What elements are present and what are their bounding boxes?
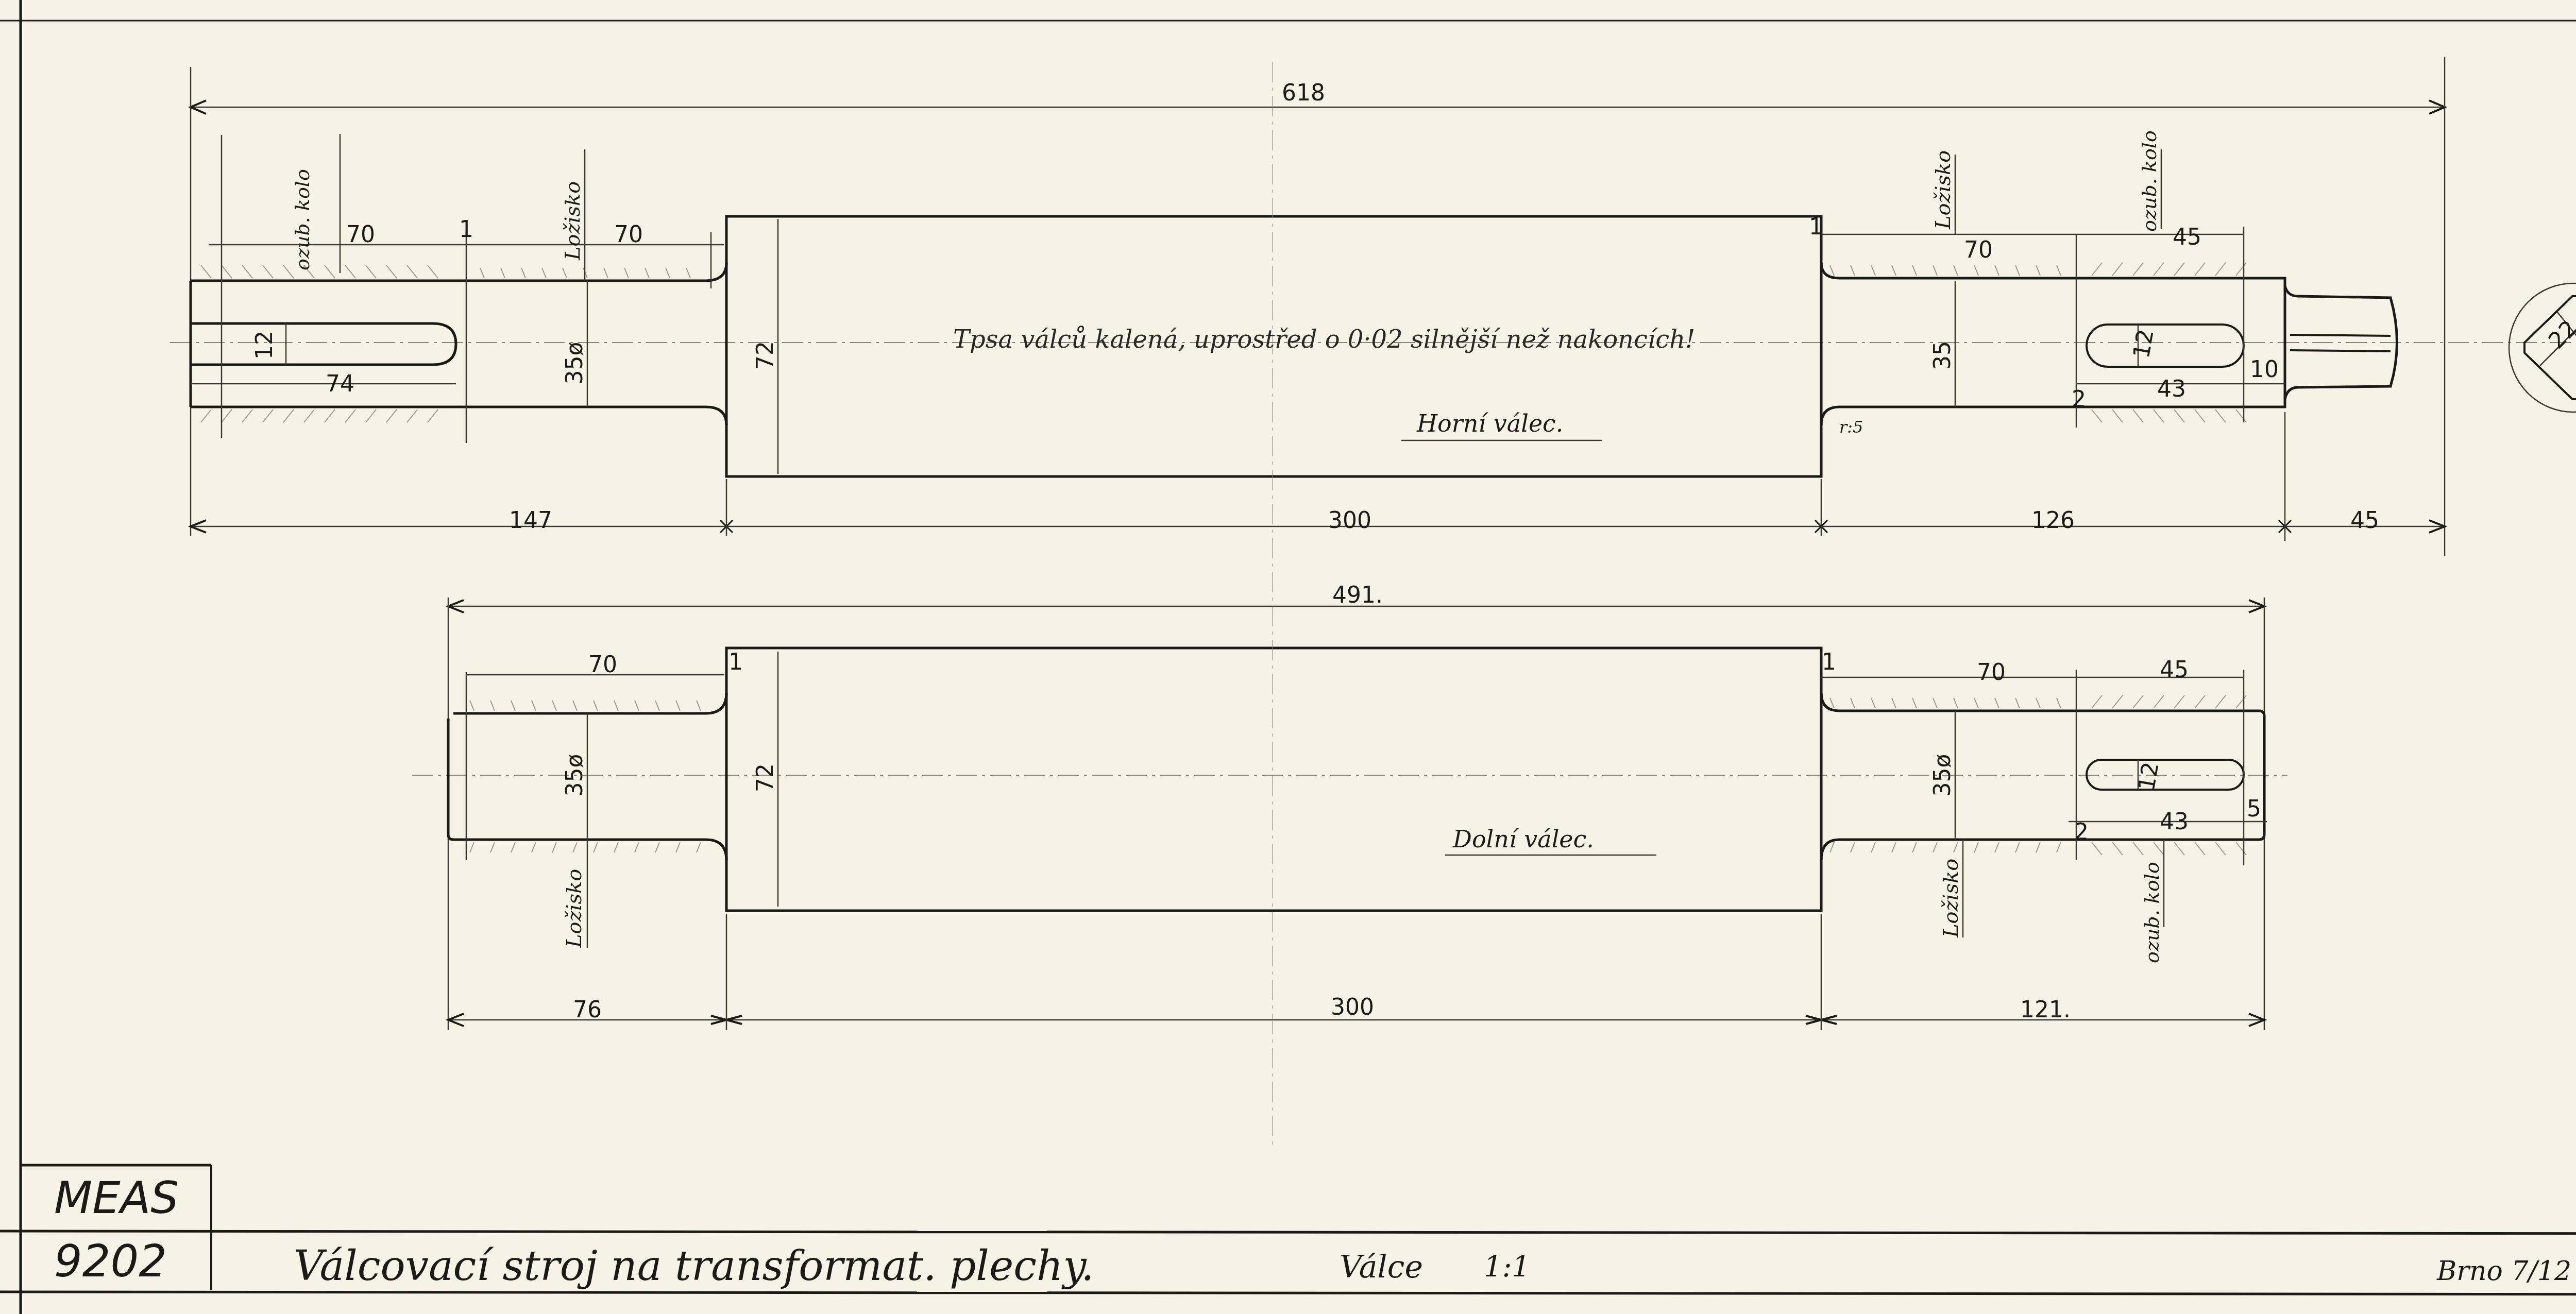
dim-70-left-bearing: 70 xyxy=(614,221,643,248)
lower-right-journal xyxy=(1821,693,2264,860)
label-gear-right: ozub. kolo xyxy=(2138,130,2161,232)
lower-roll-body xyxy=(726,648,1821,911)
upper-right-journal xyxy=(1821,263,2285,425)
dim-72-upper: 72 xyxy=(752,341,778,370)
dim-70-lower-right: 70 xyxy=(1977,659,2006,686)
dim-43-lower: 43 xyxy=(2160,809,2189,835)
dim-43-right: 43 xyxy=(2157,376,2186,402)
label-bearing-right: Ložisko xyxy=(1931,150,1955,230)
dim-45-end: 45 xyxy=(2350,507,2379,534)
label-bearing-left: Ložisko xyxy=(561,181,585,261)
dim-72-lower: 72 xyxy=(752,763,778,792)
dim-2-lower: 2 xyxy=(2074,819,2089,845)
dim-76: 76 xyxy=(573,997,602,1023)
dim-300-upper: 300 xyxy=(1328,507,1371,534)
dim-70-right-bearing: 70 xyxy=(1964,237,1993,263)
dim-2-right: 2 xyxy=(2072,386,2086,413)
dim-70-lower-left: 70 xyxy=(588,652,617,678)
label-upper-roll: Horní válec. xyxy=(1416,409,1564,437)
dim-22-a: 22 xyxy=(2544,315,2576,354)
lower-roll xyxy=(412,598,2287,1030)
dim-radius: r:5 xyxy=(1839,417,1863,437)
dim-300-lower: 300 xyxy=(1331,994,1374,1020)
dim-gap-lower-right: 1 xyxy=(1822,649,1836,675)
upper-right-keyway xyxy=(2087,325,2244,367)
dim-35-lower-left: 35ø xyxy=(562,754,588,797)
dim-12-right: 12 xyxy=(2128,327,2159,360)
label-bearing-lower-left: Ložisko xyxy=(563,869,586,948)
dim-70-left-gear: 70 xyxy=(346,221,375,248)
part-name: Válce xyxy=(1340,1249,1423,1285)
dim-121: 121. xyxy=(2020,997,2071,1023)
label-bearing-lower-right: Ložisko xyxy=(1939,859,1963,938)
drawing-title: Válcovací stroj na transformat. plechy. xyxy=(294,1242,1094,1290)
dim-10-right: 10 xyxy=(2250,356,2279,383)
dim-45-lower-right: 45 xyxy=(2160,657,2189,683)
dim-12-lower-right: 12 xyxy=(2133,760,2164,793)
dim-147: 147 xyxy=(509,507,552,534)
hardening-note: Tpsa válců kalená, uprostřed o 0·02 siln… xyxy=(953,325,1695,354)
upper-left-keyway xyxy=(191,323,456,365)
dim-gap-left: 1 xyxy=(459,216,473,243)
label-gear-left: ozub. kolo xyxy=(291,169,314,270)
dim-618: 618 xyxy=(1282,80,1325,106)
technical-drawing: 618 70 1 70 ozub. kolo Ložisko 35ø 12 74… xyxy=(0,0,2576,1314)
dim-35-right: 35 xyxy=(1929,341,1956,370)
dim-5-lower: 5 xyxy=(2247,796,2261,822)
label-lower-roll: Dolní válec. xyxy=(1452,825,1594,853)
sheet-border xyxy=(0,0,2576,1314)
dim-35-left: 35ø xyxy=(562,342,588,385)
drawing-sheet: 618 70 1 70 ozub. kolo Ložisko 35ø 12 74… xyxy=(0,0,2576,1314)
signature-date: Brno 7/12 27 Fj. xyxy=(2436,1256,2576,1287)
dim-491: 491. xyxy=(1332,582,1383,608)
dim-gap-lower-left: 1 xyxy=(728,649,743,675)
dim-45-right-gear: 45 xyxy=(2173,224,2201,250)
company-code: MEAS xyxy=(54,1172,179,1224)
label-gear-lower-right: ozub. kolo xyxy=(2141,862,2163,963)
scale: 1:1 xyxy=(1484,1250,1530,1284)
dim-126: 126 xyxy=(2031,507,2075,534)
dim-12-left: 12 xyxy=(251,331,278,360)
dim-gap-right: 1 xyxy=(1809,214,1823,240)
dim-35-lower-right: 35ø xyxy=(1929,754,1956,797)
drawing-number: 9202 xyxy=(54,1236,167,1287)
upper-roll xyxy=(170,57,2576,556)
dim-74: 74 xyxy=(326,371,354,397)
